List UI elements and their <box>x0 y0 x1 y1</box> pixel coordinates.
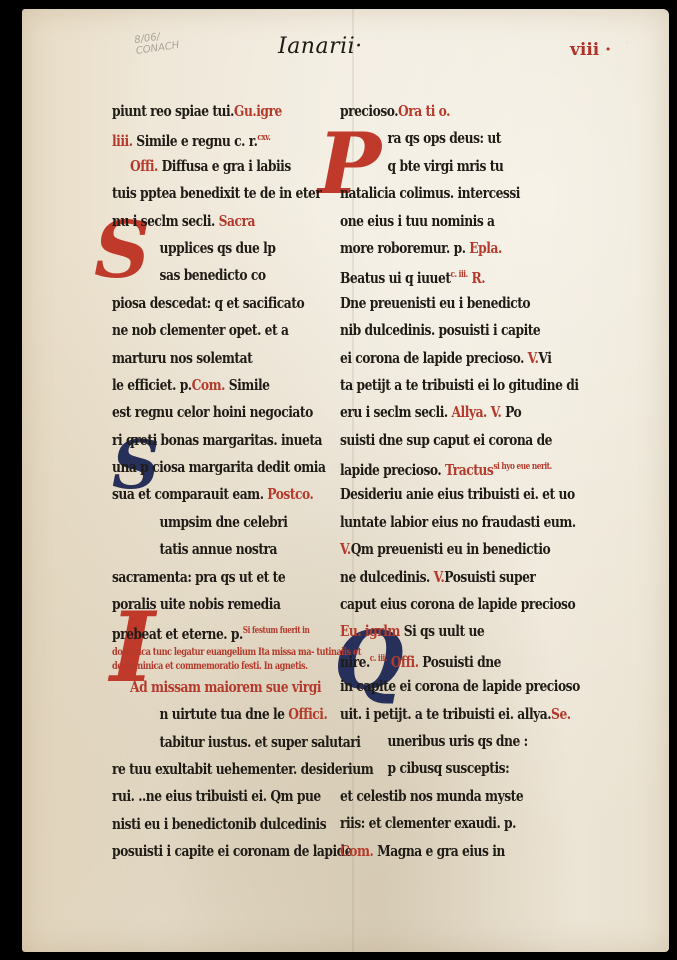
text-line: upplices qs due lp <box>112 235 280 262</box>
line-text: umpsim dne celebri <box>160 513 288 531</box>
line-text: Simile e regnu c. r. <box>136 132 257 150</box>
text-line: caput eius corona de lapide precioso <box>340 591 508 618</box>
text-line: Beatus ui q iuuetc. iii. R. <box>340 262 508 289</box>
rubric: Gu.igre <box>234 102 282 120</box>
running-title: Ianarii· <box>278 34 363 59</box>
line-text: re tuu exultabit uehementer. desiderium <box>112 760 373 778</box>
line-text: Beatus ui q iuuet <box>340 269 451 287</box>
line-text: Magna e gra eius in <box>377 842 505 860</box>
rubric: Offici. <box>288 705 327 723</box>
line-text: nib dulcedinis. posuisti i capite <box>340 321 540 339</box>
text-line: piosa descedat: q et sacificato <box>112 290 280 317</box>
line-text: una p ciosa margarita dedit omia <box>112 458 325 476</box>
text-line: Desideriu anie eius tribuisti ei. et uo <box>340 481 508 508</box>
line-text: est regnu celor hoini negociato <box>112 403 313 421</box>
text-line: lapide precioso. Tractussi hyo eue nerit… <box>340 454 508 481</box>
text-line: tabitur iustus. et super salutari <box>112 729 280 756</box>
line-text: Desideriu anie eius tribuisti ei. et uo <box>340 485 575 503</box>
text-line: V.Qm preuenisti eu in benedictio <box>340 536 508 563</box>
text-line: ne dulcedinis. V.Posuisti super <box>340 564 508 591</box>
rubric: Com. <box>192 376 225 394</box>
text-line: est regnu celor hoini negociato <box>112 399 280 426</box>
corner-mark: · <box>626 40 628 47</box>
rubric: Allya. V. <box>452 403 502 421</box>
rubric: dominica tunc legatur euangelium Ita mis… <box>112 647 361 658</box>
text-line: re tuu exultabit uehementer. desiderium <box>112 756 280 783</box>
text-line: eru i seclm secli. Allya. V. Po <box>340 399 508 426</box>
line-text: marturu nos solemtat <box>112 349 252 367</box>
text-line: n uirtute tua dne le Offici. <box>112 701 280 728</box>
text-line: ei corona de lapide precioso. V.Vi <box>340 345 508 372</box>
line-text: le efficiet. p. <box>112 376 192 394</box>
line-text: ne nob clementer opet. et a <box>112 321 288 339</box>
rubric-small: c. iii. <box>451 270 468 280</box>
line-text: Posuisti super <box>444 568 535 586</box>
rubric-small: Si festum fuerit in <box>243 626 310 636</box>
line-text: natalicia colimus. intercessi <box>340 184 520 202</box>
text-line: q bte virgi mris tu <box>340 153 508 180</box>
line-text: posuisti i capite ei coronam de lapide <box>112 842 352 860</box>
rubric: Eu. igrlm <box>340 622 400 640</box>
rubric: liii. <box>112 132 133 150</box>
text-line: nib dulcedinis. posuisti i capite <box>340 317 508 344</box>
text-line: le efficiet. p.Com. Simile <box>112 372 280 399</box>
rubric: Ad missam maiorem sue virgi <box>130 678 321 696</box>
text-line: prebeat et eterne. p.Si festum fuerit in <box>112 618 280 645</box>
line-text: sacramenta: pra qs ut et te <box>112 568 285 586</box>
text-line: one eius i tuu nominis a <box>340 208 508 235</box>
text-line: et celestib nos munda myste <box>340 783 508 810</box>
rubric: V. <box>528 349 539 367</box>
text-line: riis: et clementer exaudi. p. <box>340 810 508 837</box>
rubric: Se. <box>551 705 571 723</box>
line-text: tatis annue nostra <box>160 540 277 558</box>
line-text: prebeat et eterne. p. <box>112 625 243 643</box>
rubric-small: cxv. <box>257 133 270 143</box>
rubric-small: c. iii. <box>370 654 387 664</box>
rubric: Postco. <box>267 485 313 503</box>
line-text: et celestib nos munda myste <box>340 787 523 805</box>
rubric-small: si hyo eue nerit. <box>493 462 551 472</box>
line-text: upplices qs due lp <box>160 239 276 257</box>
rubric: Epla. <box>469 239 501 257</box>
text-line: ta petijt a te tribuisti ei lo gitudine … <box>340 372 508 399</box>
line-text: tabitur iustus. et super salutari <box>160 733 361 751</box>
text-line: rui. ..ne eius tribuisti ei. Qm pue <box>112 783 280 810</box>
text-line: natalicia colimus. intercessi <box>340 180 508 207</box>
line-text: Qm preuenisti eu in benedictio <box>351 540 551 558</box>
text-line: umpsim dne celebri <box>112 509 280 536</box>
line-text: ne dulcedinis. <box>340 568 430 586</box>
folio-number: viii · <box>570 40 611 60</box>
line-text: tuis pptea benedixit te de in eter <box>112 184 321 202</box>
text-line: Ad missam maiorem sue virgi <box>112 674 280 701</box>
line-text: Qm pue <box>270 787 320 805</box>
text-line: sas benedicto co <box>112 262 280 289</box>
text-line: sacramenta: pra qs ut et te <box>112 564 280 591</box>
rubric: Sacra <box>219 212 255 230</box>
rubric: V. <box>434 568 445 586</box>
text-line: ra qs ops deus: ut <box>340 125 508 152</box>
line-text: q bte virgi mris tu <box>388 157 504 175</box>
text-line: marturu nos solemtat <box>112 345 280 372</box>
text-line: nire.c. iii. Offi. Posuisti dne <box>340 646 508 673</box>
rubric: Offi. <box>391 653 419 671</box>
line-text: nire. <box>340 653 370 671</box>
rubric: Tractus <box>445 461 493 479</box>
text-line: nu i seclm secli. Sacra <box>112 208 280 235</box>
line-text: piosa descedat: q et sacificato <box>112 294 304 312</box>
line-text: p cibusq susceptis: <box>388 759 510 777</box>
line-text: more roboremur. p. <box>340 239 466 257</box>
line-text: uneribus uris qs dne : <box>388 732 528 750</box>
line-text: Si qs uult ue <box>404 622 485 640</box>
rubric: Offi. <box>130 157 158 175</box>
line-text: nu i seclm secli. <box>112 212 215 230</box>
text-line: tuis pptea benedixit te de in eter <box>112 180 280 207</box>
text-line: tatis annue nostra <box>112 536 280 563</box>
left-text-column: piunt reo spiae tui.Gu.igre liii. Simile… <box>112 98 317 866</box>
text-line: luntate labior eius no fraudasti eum. <box>340 509 508 536</box>
line-text: suisti dne sup caput ei corona de <box>340 431 552 449</box>
text-line: sua et comparauit eam. Postco. <box>112 481 280 508</box>
line-text: caput eius corona de lapide precioso <box>340 595 575 613</box>
line-text: ra qs ops deus: ut <box>388 129 501 147</box>
line-text: ei corona de lapide precioso. <box>340 349 524 367</box>
line-text: luntate labior eius no fraudasti eum. <box>340 513 576 531</box>
line-text: Posuisti dne <box>422 653 501 671</box>
line-text: Po <box>505 403 521 421</box>
text-line: uit. i petijt. a te tribuisti ei. allya.… <box>340 701 508 728</box>
text-line: poralis uite nobis remedia <box>112 591 280 618</box>
text-line: p cibusq susceptis: <box>340 755 508 782</box>
line-text: Vi <box>538 349 551 367</box>
line-text: precioso. <box>340 102 398 120</box>
text-line: ri qreti bonas margaritas. inueta <box>112 427 280 454</box>
line-text: Simile <box>229 376 270 394</box>
line-text: ri qreti bonas margaritas. inueta <box>112 431 322 449</box>
text-line: Eu. igrlm Si qs uult ue <box>340 618 508 645</box>
line-text: sua et comparauit eam. <box>112 485 263 503</box>
line-text: one eius i tuu nominis a <box>340 212 495 230</box>
line-text: lapide precioso. <box>340 461 441 479</box>
line-text: n uirtute tua dne le <box>160 705 285 723</box>
line-text: uit. i petijt. a te tribuisti ei. allya. <box>340 705 551 723</box>
line-text: ta petijt a te tribuisti ei lo gitudine … <box>340 376 579 394</box>
line-text: poralis uite nobis remedia <box>112 595 280 613</box>
line-text: riis: et clementer exaudi. p. <box>340 814 516 832</box>
line-text: sas benedicto co <box>160 266 266 284</box>
line-text: in capite ei corona de lapide precioso <box>340 677 580 695</box>
line-text: rui. ..ne eius tribuisti ei. <box>112 787 267 805</box>
text-line: suisti dne sup caput ei corona de <box>340 427 508 454</box>
text-line: posuisti i capite ei coronam de lapide <box>112 838 280 865</box>
text-line: piunt reo spiae tui.Gu.igre <box>112 98 280 125</box>
rubric: R. <box>471 269 485 287</box>
rubric: Ora ti o. <box>398 102 450 120</box>
line-text: eru i seclm secli. <box>340 403 448 421</box>
rubric-note-line: de dominica et commemoratio festi. In ag… <box>112 660 280 674</box>
text-line: more roboremur. p. Epla. <box>340 235 508 262</box>
text-line: una p ciosa margarita dedit omia <box>112 454 280 481</box>
text-line: Dne preuenisti eu i benedicto <box>340 290 508 317</box>
rubric: Com. <box>340 842 373 860</box>
text-line: precioso.Ora ti o. <box>340 98 508 125</box>
text-line: liii. Simile e regnu c. r.cxv. <box>112 125 280 152</box>
rubric-note-line: dominica tunc legatur euangelium Ita mis… <box>112 646 280 660</box>
rubric: de dominica et commemoratio festi. In ag… <box>112 661 308 672</box>
line-text: nisti eu i benedictonib dulcedinis <box>112 815 326 833</box>
text-line: Com. Magna e gra eius in <box>340 838 508 865</box>
line-text: piunt reo spiae tui. <box>112 102 234 120</box>
line-text: Diffusa e gra i labiis <box>162 157 291 175</box>
rubric: V. <box>340 540 351 558</box>
text-line: uneribus uris qs dne : <box>340 728 508 755</box>
text-line: Offi. Diffusa e gra i labiis <box>112 153 280 180</box>
right-text-column: precioso.Ora ti o. ra qs ops deus: ut q … <box>340 98 545 865</box>
text-line: in capite ei corona de lapide precioso <box>340 673 508 700</box>
text-line: nisti eu i benedictonib dulcedinis <box>112 811 280 838</box>
line-text: Dne preuenisti eu i benedicto <box>340 294 530 312</box>
text-line: ne nob clementer opet. et a <box>112 317 280 344</box>
